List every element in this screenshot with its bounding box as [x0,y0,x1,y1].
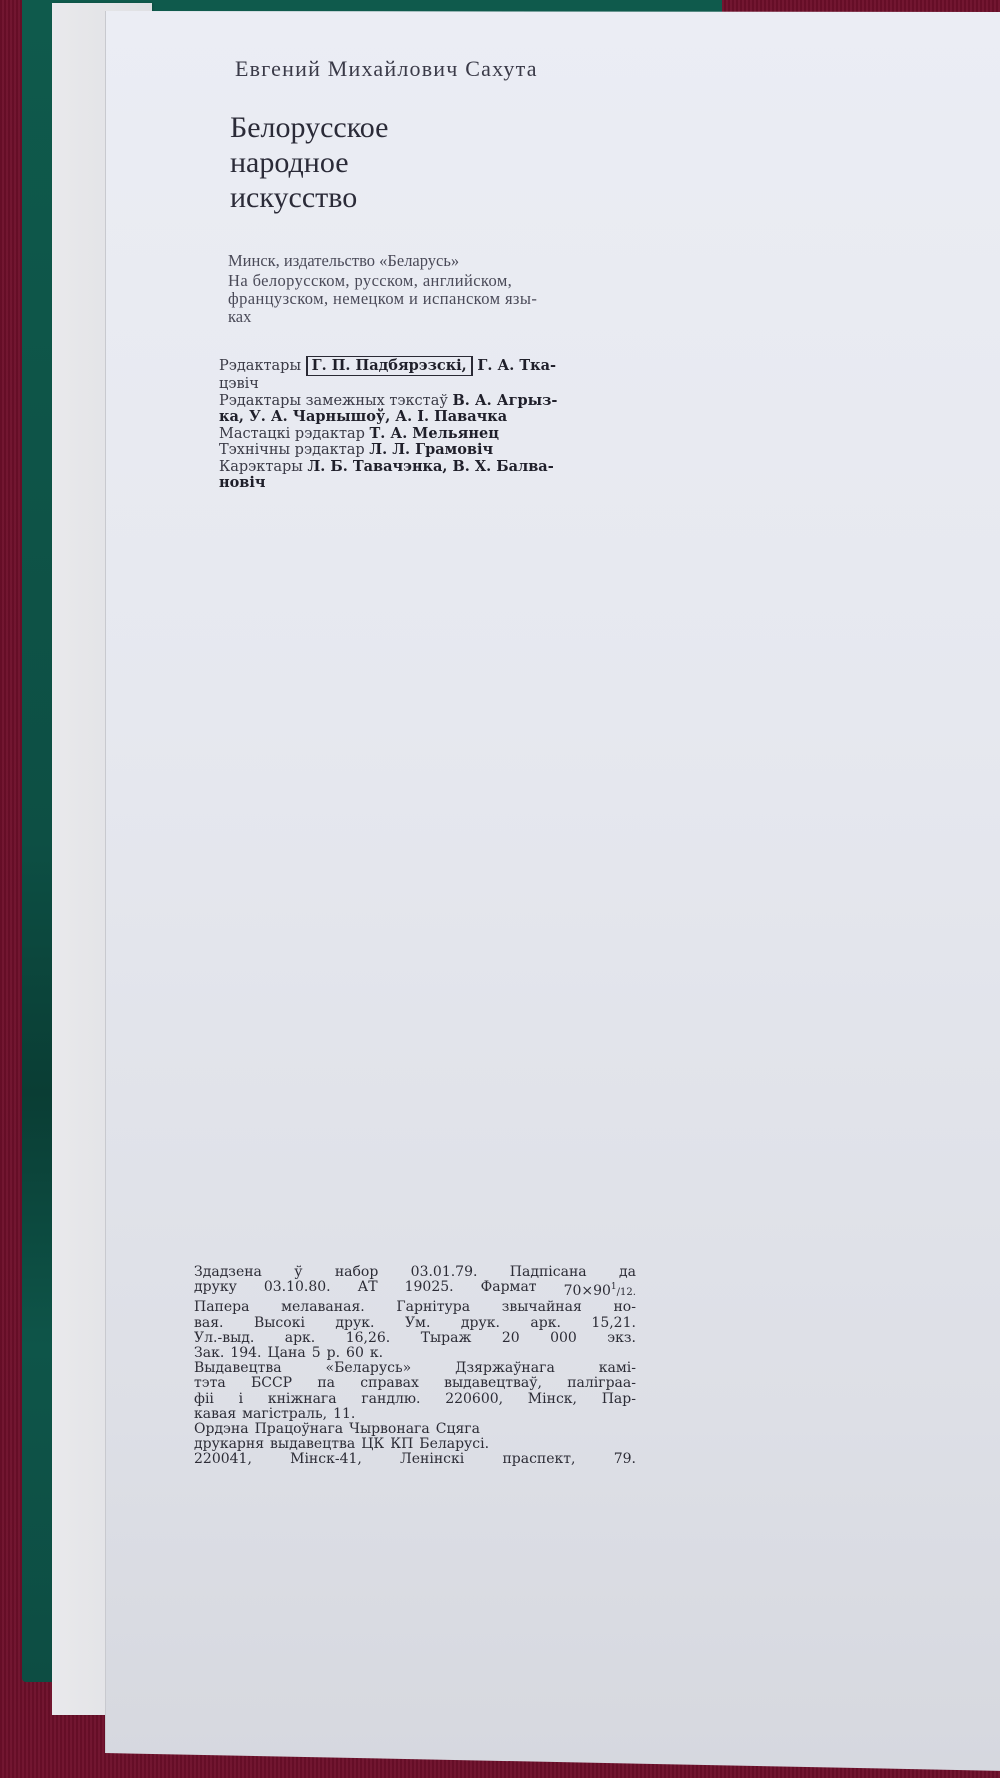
imprint-line: Зак.194.Цана5р.60к. [194,1346,636,1361]
proofreaders-line-cont: новіч [219,475,697,492]
art-editor-name: Т. А. Мельянец [370,425,499,442]
imprint-line: друку03.10.80.АТ19025.Фармат70×901/12. [194,1280,636,1300]
title-line: Белорусское [230,110,388,145]
boxed-editor-name: Г. П. Падбярэзскі, [306,356,473,376]
publisher-line: Минск, издательство «Беларусь» [228,252,708,270]
languages-line: ках [228,308,708,326]
page-content: Евгений Михайлович Сахута Белорусское на… [0,0,1000,1778]
imprint-line: вая.Высокідрук.Ум.друк.арк.15,21. [194,1316,636,1331]
imprint-line: Выдавецтва«Беларусь»Дзяржаўнагакамі- [194,1361,636,1376]
imprint-line: 220041,Мінск-41,Ленінскіпраспект,79. [194,1452,636,1467]
imprint-line: тэтаБССРпасправахвыдавецтваў,паліграа- [194,1376,636,1391]
languages-line: французском, немецком и испанском язы- [228,290,708,308]
editors-label: Рэдактары [219,358,301,374]
editors-line: Рэдактары Г. П. Падбярэзскі, Г. А. Тка- [219,356,697,376]
art-editor-line: Мастацкі рэдактар Т. А. Мельянец [219,426,697,443]
imprint-line: друкарнявыдавецтваЦККПБеларусі. [194,1437,636,1452]
proofreaders-line: Карэктары Л. Б. Тавачэнка, В. Х. Балва- [219,459,697,476]
proofreaders-names: новіч [219,474,265,491]
tech-editor-line: Тэхнічны рэдактар Л. Л. Грамовіч [219,442,697,459]
imprint-block: Здадзенаўнабор03.01.79.Падпісанададруку0… [194,1265,636,1468]
tech-editor-label: Тэхнічны рэдактар [219,442,365,458]
imprint-line: фііікніжнагагандлю.220600,Мінск,Пар- [194,1392,636,1407]
title-line: искусство [230,180,388,215]
languages-line: На белорусском, русском, английском, [228,272,708,290]
title-line: народное [230,145,388,180]
imprint-line: Ул.-выд.арк.16,26.Тыраж20000экз. [194,1331,636,1346]
book-title: Белорусское народное искусство [230,110,388,215]
foreign-names: ка, У. А. Чарнышоў, А. І. Павачка [219,408,507,425]
editor-name: Г. П. Падбярэзскі, [312,357,467,374]
imprint-line: Здадзенаўнабор03.01.79.Падпісанада [194,1265,636,1280]
editor-name: Г. А. Тка- [477,357,556,374]
proofreaders-label: Карэктары [219,459,303,475]
foreign-names: В. А. Агрыз- [453,392,558,409]
imprint-line: ОрдэнаПрацоўнагаЧырвонагаСцяга [194,1422,636,1437]
foreign-editors-line-cont: ка, У. А. Чарнышоў, А. І. Павачка [219,409,697,426]
imprint-line: каваямагістраль,11. [194,1407,636,1422]
foreign-editors-line: Рэдактары замежных тэкстаў В. А. Агрыз- [219,393,697,410]
art-editor-label: Мастацкі рэдактар [219,426,365,442]
foreign-label: Рэдактары замежных тэкстаў [219,393,448,409]
publisher-block: Минск, издательство «Беларусь» На белору… [228,252,708,326]
proofreaders-names: Л. Б. Тавачэнка, В. Х. Балва- [307,458,553,475]
tech-editor-name: Л. Л. Грамовіч [369,441,493,458]
editors-line-cont: цэвіч [219,376,697,393]
credits-block: Рэдактары Г. П. Падбярэзскі, Г. А. Тка- … [219,356,697,492]
author-name: Евгений Михайлович Сахута [235,56,538,82]
imprint-line: Паперамелаваная.Гарнітуразвычайнаяно- [194,1300,636,1315]
